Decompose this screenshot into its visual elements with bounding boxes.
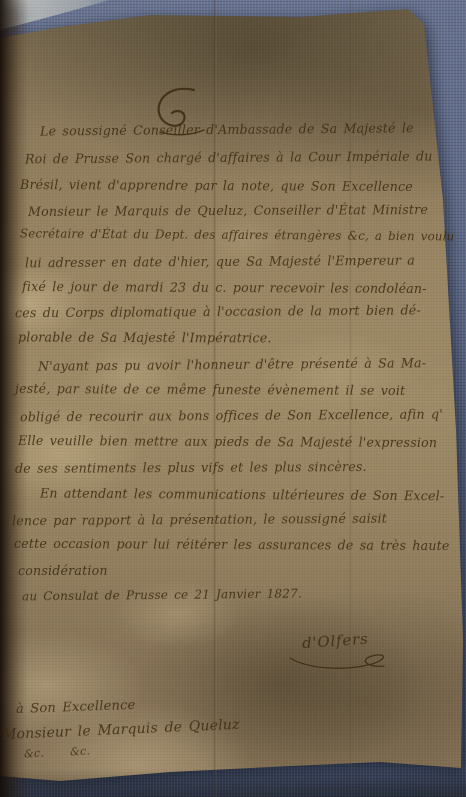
address-etcetera-left: &c. [24, 746, 45, 760]
manuscript-page: Le soussigné Conseiller d'Ambassade de S… [0, 0, 466, 797]
letter-line: Roi de Prusse Son chargé d'affaires à la… [25, 149, 433, 167]
letter-line: Elle veuille bien mettre aux pieds de Sa… [18, 433, 437, 450]
letter-line: Monsieur le Marquis de Queluz, Conseille… [28, 202, 428, 219]
letter-line: de ses sentiments les plus vifs et les p… [15, 459, 367, 476]
photograph-of-letter: Le soussigné Conseiller d'Ambassade de S… [0, 0, 466, 797]
dateline: au Consulat de Prusse ce 21 Janvier 1827… [22, 587, 302, 604]
signature-flourish [288, 648, 392, 674]
letter-line: fixé le jour de mardi 23 du c. pour rece… [22, 279, 427, 296]
address-etcetera-right: &c. [70, 744, 91, 758]
letter-line: obligé de recourir aux bons offices de S… [20, 407, 443, 425]
letter-line: Brésil, vient d'apprendre par la note, q… [20, 177, 413, 194]
signature-block: d'Olfers [288, 632, 398, 674]
page-bottom-shadow [0, 757, 466, 797]
binding-spine-shadow [0, 0, 28, 797]
letter-line: En attendant les communications ultérieu… [40, 486, 444, 504]
letter-line: lence par rapport à la présentation, le … [12, 511, 387, 529]
letter-line: considération [18, 563, 108, 578]
letter-line: cette occasion pour lui réitérer les ass… [14, 536, 450, 553]
letter-line: ces du Corps diplomatique à l'occasion d… [15, 303, 421, 321]
letter-line: lui adresser en date d'hier, que Sa Maje… [25, 253, 415, 271]
letter-line: jesté, par suite de ce même funeste évèn… [15, 381, 405, 398]
letter-line: plorable de Sa Majesté l'Impératrice. [18, 330, 272, 346]
